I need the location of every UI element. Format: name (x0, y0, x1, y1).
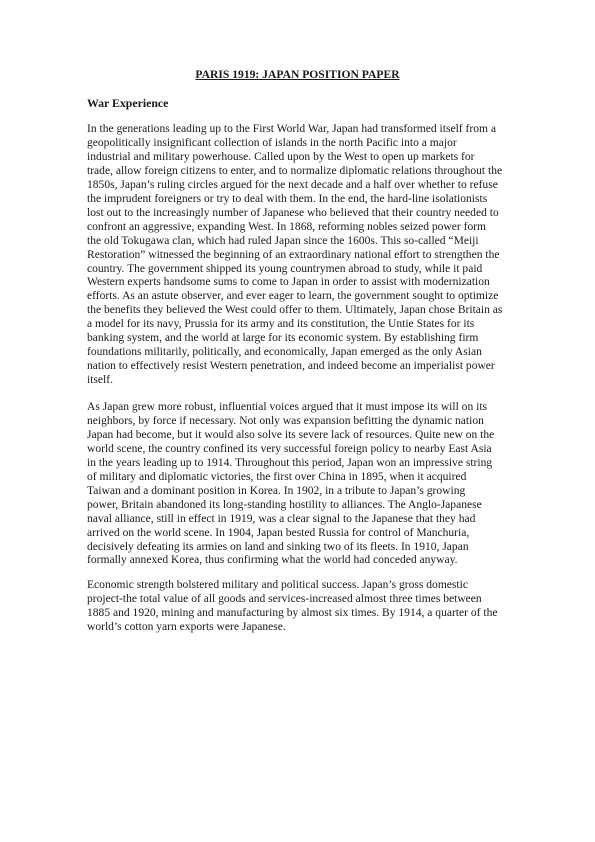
text-line: decisively defeating its armies on land … (87, 541, 517, 555)
text-line: Economic strength bolstered military and… (87, 579, 517, 593)
text-line: lost out to the increasingly number of J… (87, 207, 517, 221)
text-line: a model for its navy, Prussia for its ar… (87, 318, 517, 332)
text-line: country. The government shipped its youn… (87, 263, 517, 277)
text-line: As Japan grew more robust, influential v… (87, 401, 517, 415)
text-line: in the years leading up to 1914. Through… (87, 457, 517, 471)
text-line: itself. (87, 374, 517, 388)
text-line: 1885 and 1920, mining and manufacturing … (87, 607, 517, 621)
text-line: Western experts handsome sums to come to… (87, 276, 517, 290)
text-line: Taiwan and a dominant position in Korea.… (87, 485, 517, 499)
text-line: the imprudent foreigners or try to deal … (87, 193, 517, 207)
text-line: 1850s, Japan’s ruling circles argued for… (87, 179, 517, 193)
text-line: efforts. As an astute observer, and ever… (87, 290, 517, 304)
text-line: Restoration” witnessed the beginning of … (87, 249, 517, 263)
text-line: foundations militarily, politically, and… (87, 346, 517, 360)
document-title: PARIS 1919: JAPAN POSITION PAPER (0, 68, 595, 81)
text-line: trade, allow foreign citizens to enter, … (87, 165, 517, 179)
section-heading: War Experience (87, 96, 168, 111)
text-line: naval alliance, still in effect in 1919,… (87, 513, 517, 527)
text-line: confront an aggressive, expanding West. … (87, 221, 517, 235)
paragraph-war-experience: In the generations leading up to the Fir… (87, 123, 517, 388)
text-line: the old Tokugawa clan, which had ruled J… (87, 235, 517, 249)
text-line: power, Britain abandoned its long-standi… (87, 499, 517, 513)
text-line: Japan had become, but it would also solv… (87, 429, 517, 443)
text-line: banking system, and the world at large f… (87, 332, 517, 346)
text-line: project-the total value of all goods and… (87, 593, 517, 607)
text-line: world scene, the country confined its ve… (87, 443, 517, 457)
text-line: industrial and military powerhouse. Call… (87, 151, 517, 165)
text-line: the benefits they believed the West coul… (87, 304, 517, 318)
document-page: PARIS 1919: JAPAN POSITION PAPER War Exp… (0, 0, 595, 842)
text-line: In the generations leading up to the Fir… (87, 123, 517, 137)
paragraph-economic-strength: Economic strength bolstered military and… (87, 579, 517, 635)
text-line: geopolitically insignificant collection … (87, 137, 517, 151)
paragraph-expansion: As Japan grew more robust, influential v… (87, 401, 517, 568)
text-line: world’s cotton yarn exports were Japanes… (87, 621, 517, 635)
text-line: nation to effectively resist Western pen… (87, 360, 517, 374)
text-line: of military and diplomatic victories, th… (87, 471, 517, 485)
text-line: arrived on the world scene. In 1904, Jap… (87, 527, 517, 541)
text-line: neighbors, by force if necessary. Not on… (87, 415, 517, 429)
text-line: formally annexed Korea, thus confirming … (87, 554, 517, 568)
